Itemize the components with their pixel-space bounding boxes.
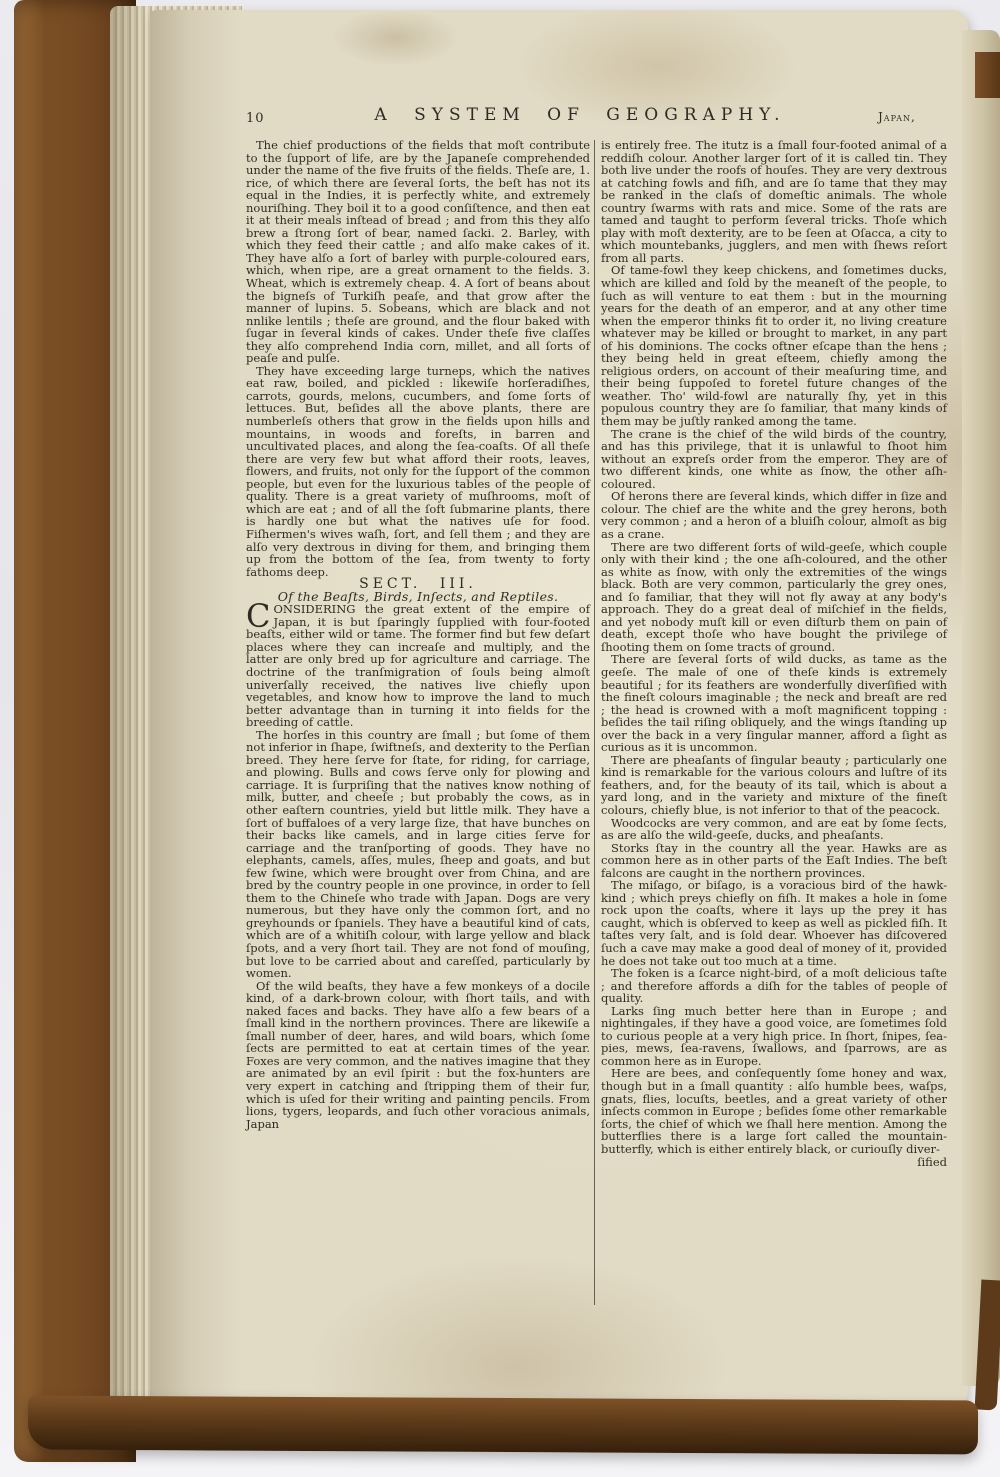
page-number: 10 [246,111,265,126]
paragraph: Storks ſtay in the country all the year.… [601,842,947,880]
book-photo: { "header": { "page_number": "10", "titl… [0,0,1000,1477]
column-divider-rule [594,140,595,1305]
cover-edge-notch [975,52,1000,98]
running-side-label: Japan, [878,110,958,124]
paragraph: Of the wild beaſts, they have a few monk… [246,980,590,1131]
paragraph: The miſago, or biſago, is a voracious bi… [601,879,947,967]
paragraph: There are two different ſorts of wild-ge… [601,541,947,654]
paragraph: Of tame-fowl they keep chickens, and ſom… [601,264,947,427]
paragraph-text: ONSIDERING the great extent of the empir… [246,602,590,729]
paragraph: is entirely free. The itutz is a ſmall f… [601,139,947,264]
page-right-edge [962,30,1000,1386]
paragraph: The horſes in this country are ſmall ; b… [246,729,590,980]
paragraph: They have exceeding large turneps, which… [246,365,590,578]
paragraph: Of herons there are ſeveral kinds, which… [601,490,947,540]
paragraph: The chief productions of the fields that… [246,139,590,365]
paragraph: CONSIDERING the great extent of the empi… [246,603,590,728]
book-cover-bottom [28,1396,978,1455]
right-text-column: is entirely free. The itutz is a ſmall f… [601,139,947,1169]
running-title: A SYSTEM OF GEOGRAPHY. [300,105,860,125]
paragraph: The foken is a ſcarce night-bird, of a m… [601,967,947,1005]
paragraph: The crane is the chief of the wild birds… [601,428,947,491]
drop-cap-initial: C [246,603,273,628]
paragraph: Larks ſing much better here than in Euro… [601,1005,947,1068]
paragraph: Here are bees, and conſequently ſome hon… [601,1067,947,1155]
paragraph: There are pheaſants of ſingular beauty ;… [601,754,947,817]
left-text-column: The chief productions of the fields that… [246,139,590,1130]
paragraph: There are ſeveral ſorts of wild ducks, a… [601,653,947,753]
catchword: ſified [601,1156,947,1169]
paragraph: Woodcocks are very common, and are eat b… [601,817,947,842]
